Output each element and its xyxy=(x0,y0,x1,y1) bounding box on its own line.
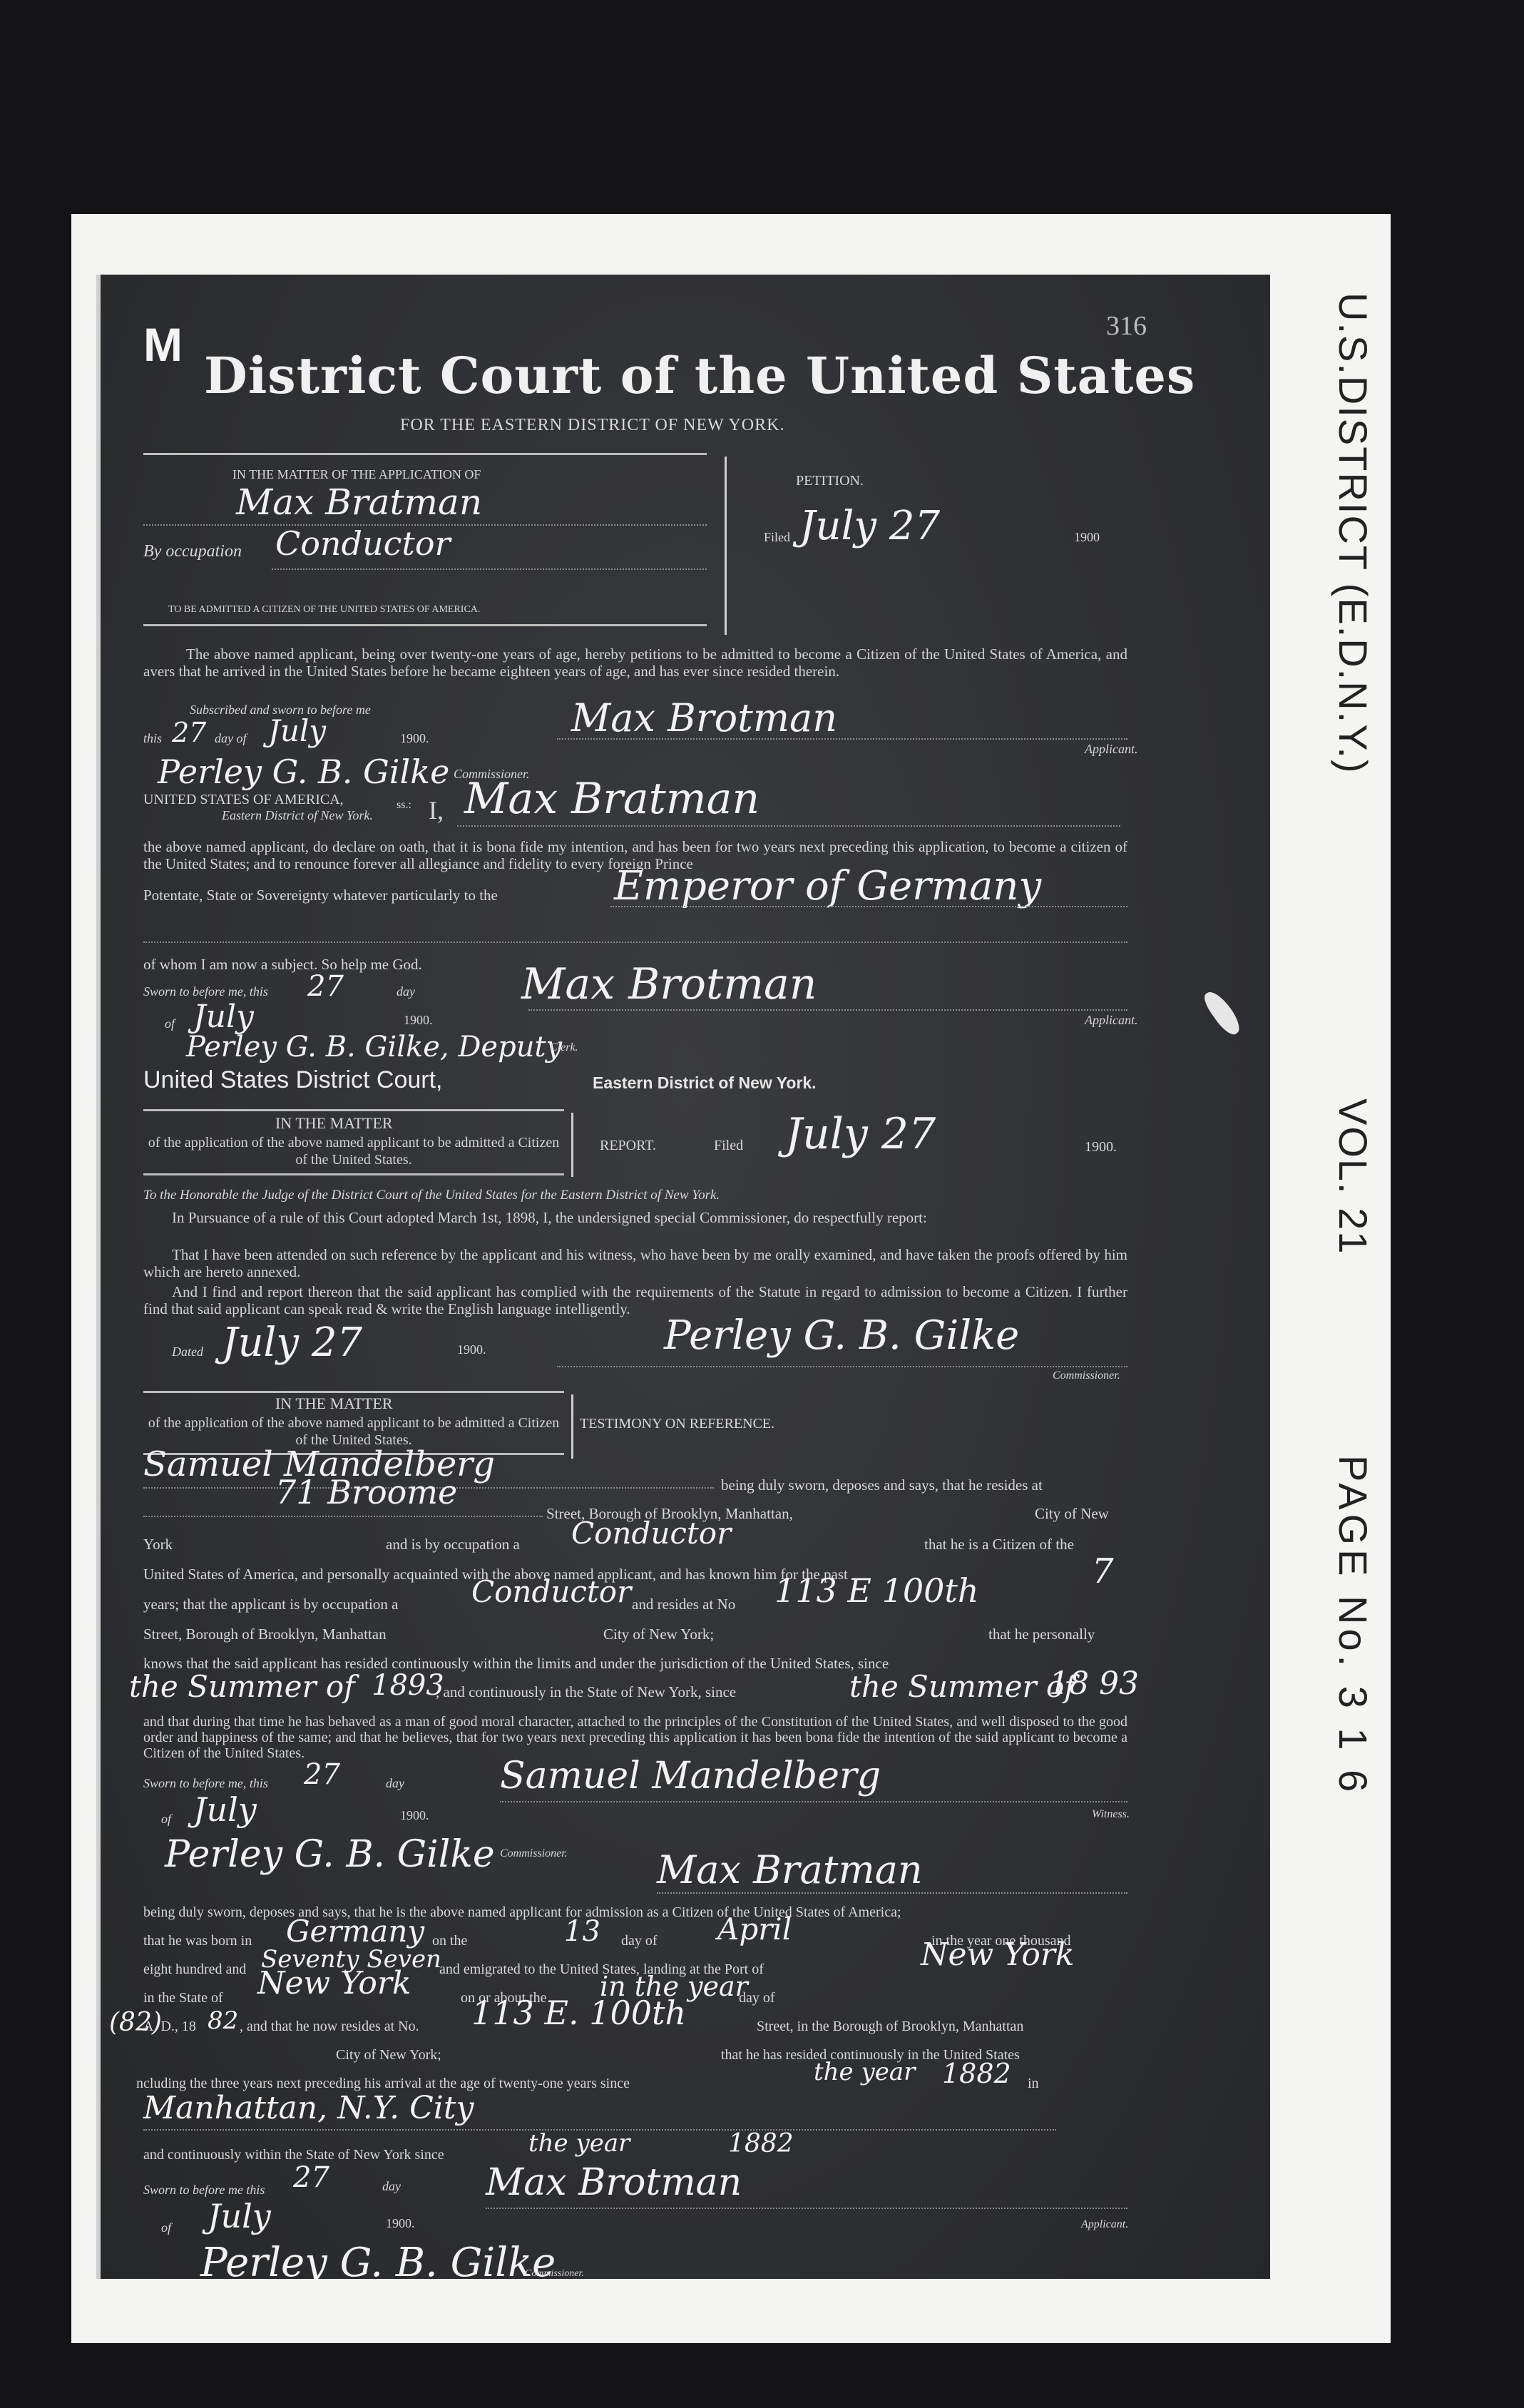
testimony-day: 27 xyxy=(304,1758,340,1791)
testimony-line-5-mid: and resides at No xyxy=(632,1596,735,1613)
petition-month: July xyxy=(268,713,326,748)
witness-occupation: Conductor xyxy=(571,1516,731,1551)
testimony-line-5: years; that the applicant is by occupati… xyxy=(143,1596,398,1613)
testimony-matter-title: IN THE MATTER xyxy=(275,1394,393,1413)
since-us: the Summer of xyxy=(129,1669,355,1704)
report-matter-title: IN THE MATTER xyxy=(275,1114,393,1133)
applicant-signature: Max Brotman xyxy=(571,695,837,740)
report-commissioner-label: Commissioner. xyxy=(1053,1369,1120,1382)
sovereign-label: Potentate, State or Sovereignty whatever… xyxy=(143,887,498,904)
testimony-applicant-occupation: Conductor xyxy=(471,1574,631,1609)
in-label: in xyxy=(1028,2076,1039,2092)
sworn-label: Sworn to before me this xyxy=(143,2183,265,2198)
subject-line: of whom I am now a subject. So help me G… xyxy=(143,956,422,974)
of-label: of xyxy=(161,2220,171,2235)
report-commissioner-signature: Perley G. B. Gilke xyxy=(664,1312,1019,1359)
witness-label: Witness. xyxy=(1092,1808,1130,1821)
affidavit-day: 27 xyxy=(293,2161,329,2194)
street-borough-label: Street, in the Borough of Brooklyn, Manh… xyxy=(757,2019,1023,2035)
report-court-line: United States District Court, xyxy=(143,1066,442,1094)
ss-label: ss.: xyxy=(397,799,411,812)
birthplace: Germany xyxy=(286,1914,424,1949)
affidavit-address: 113 E. 100th xyxy=(471,1994,686,2032)
born-label: that he was born in xyxy=(143,1933,252,1949)
divider xyxy=(610,906,1127,907)
testimony-line-6-mid: City of New York; xyxy=(603,1626,714,1643)
testimony-commissioner-label: Commissioner. xyxy=(500,1847,568,1860)
of-label: of xyxy=(161,1812,171,1827)
testimony-line-6-tail: that he personally xyxy=(988,1626,1095,1643)
bracket xyxy=(571,1394,573,1459)
divider xyxy=(143,1516,543,1517)
port: New York xyxy=(921,1937,1075,1973)
paper-damage xyxy=(1200,987,1244,1039)
commissioner-signature: Perley G. B. Gilke xyxy=(158,752,449,791)
occupation-label: By occupation xyxy=(143,542,242,561)
page-margin-label: PAGE No. 3 1 6 xyxy=(1330,1455,1376,1796)
oath-month: July xyxy=(193,999,254,1035)
state-label: in the State of xyxy=(143,1990,223,2006)
applicant-name: Max Bratman xyxy=(236,481,482,523)
venue-line: UNITED STATES OF AMERICA, xyxy=(143,792,344,808)
since-text: the year xyxy=(814,2058,915,2086)
oath-applicant-signature: Max Brotman xyxy=(521,959,817,1009)
day-label: day xyxy=(386,1776,404,1791)
since-ny: the Summer of xyxy=(849,1669,1075,1704)
sworn-label: Sworn to before me, this xyxy=(143,1776,268,1791)
divider xyxy=(143,1391,564,1393)
report-year: 1900. xyxy=(457,1342,486,1357)
since-year: 1882 xyxy=(942,2058,1011,2089)
court-margin-label: U.S.DISTRICT (E.D.N.Y.) xyxy=(1330,292,1376,775)
day-label: day xyxy=(382,2179,401,2194)
signature-line xyxy=(486,2208,1127,2209)
divider xyxy=(457,825,1120,827)
bracket xyxy=(725,456,727,635)
report-dated-value: July 27 xyxy=(222,1320,362,1366)
testimony-heading: TESTIMONY ON REFERENCE. xyxy=(580,1416,774,1432)
admit-label: TO BE ADMITTED A CITIZEN OF THE UNITED S… xyxy=(168,604,480,616)
petition-year: 1900. xyxy=(400,731,429,746)
affidavit-applicant-signature: Max Brotman xyxy=(486,2161,742,2204)
deponent-name: Max Bratman xyxy=(657,1847,923,1892)
affidavit-applicant-label: Applicant. xyxy=(1081,2218,1128,2231)
report-heading: REPORT. xyxy=(600,1138,656,1154)
venue-district: Eastern District of New York. xyxy=(222,808,373,823)
testimony-matter-body: of the application of the above named ap… xyxy=(143,1414,564,1449)
birth-month: April xyxy=(717,1912,792,1947)
since-ny-year: 18 93 xyxy=(1049,1665,1139,1702)
of-label: of xyxy=(165,1016,175,1031)
signature-line xyxy=(500,1801,1127,1802)
document-subtitle: FOR THE EASTERN DISTRICT OF NEW YORK. xyxy=(400,416,784,435)
divider xyxy=(657,1892,1127,1894)
ny-since-year: 1882 xyxy=(728,2129,794,2158)
bracket xyxy=(571,1113,573,1177)
file-letter: M xyxy=(143,317,183,372)
applicant-label: Applicant. xyxy=(1085,1013,1138,1028)
state: New York xyxy=(257,1965,411,2001)
petition-heading: PETITION. xyxy=(796,473,864,489)
testimony-commissioner-signature: Perley G. B. Gilke xyxy=(165,1833,495,1876)
ad-label: A. D., 18 xyxy=(143,2019,196,2035)
signature-line xyxy=(557,1366,1127,1367)
birth-day: 13 xyxy=(564,1915,600,1948)
testimony-line-1: being duly sworn, deposes and says, that… xyxy=(721,1476,1043,1494)
witness-signature: Samuel Mandelberg xyxy=(500,1755,881,1797)
divider xyxy=(143,624,707,626)
matter-label: IN THE MATTER OF THE APPLICATION OF xyxy=(232,467,481,482)
ny-since-text: the year xyxy=(528,2129,630,2158)
petition-body: The above named applicant, being over tw… xyxy=(143,646,1127,680)
petition-day: 27 xyxy=(172,717,206,748)
clerk-label: Clerk. xyxy=(550,1041,578,1054)
affidavit-commissioner-label: Commissioner. xyxy=(525,2268,584,2280)
since-us-year: 1893 xyxy=(372,1669,444,1702)
years-known: 7 xyxy=(1092,1551,1114,1591)
applicant-occupation: Conductor xyxy=(275,524,451,563)
affidavit-year: 1900. xyxy=(386,2216,415,2231)
residence-place: Manhattan, N.Y. City xyxy=(143,2090,474,2126)
testimony-line-6: Street, Borough of Brooklyn, Manhattan xyxy=(143,1626,387,1643)
document-title: District Court of the United States xyxy=(204,346,1195,405)
report-filed-year: 1900. xyxy=(1085,1139,1117,1155)
this-label: this xyxy=(143,731,162,746)
affidavit-commissioner-signature: Perley G. B. Gilke xyxy=(200,2240,556,2286)
testimony-line-3: and is by occupation a xyxy=(386,1536,520,1554)
witness-street: 71 Broome xyxy=(275,1473,457,1511)
petition-filed-label: Filed xyxy=(764,530,790,545)
city-label: City of New York; xyxy=(336,2047,441,2063)
petition-filed-date: July 27 xyxy=(799,503,940,549)
divider xyxy=(143,1173,564,1175)
report-filed-date: July 27 xyxy=(785,1109,936,1159)
day-of-label: day of xyxy=(215,731,247,746)
signature-line xyxy=(528,1009,1127,1011)
affidavit-month: July xyxy=(208,2197,271,2235)
page-number: 316 xyxy=(1106,310,1147,342)
now-resides-label: , and that he now resides at No. xyxy=(240,2019,419,2035)
i-label: I, xyxy=(429,795,444,825)
sworn-label: Sworn to before me, this xyxy=(143,984,268,999)
day-of-label: day of xyxy=(621,1933,658,1949)
report-address: To the Honorable the Judge of the Distri… xyxy=(143,1188,720,1203)
testimony-line-3-tail: that he is a Citizen of the xyxy=(924,1536,1074,1554)
divider xyxy=(143,453,707,455)
oath-year: 1900. xyxy=(404,1013,433,1028)
testimony-line-3-head: York xyxy=(143,1536,173,1554)
testimony-month: July xyxy=(193,1790,257,1829)
testimony-applicant-address: 113 E 100th xyxy=(774,1571,979,1610)
divider xyxy=(143,1109,564,1111)
petition-filed-year: 1900 xyxy=(1074,530,1100,545)
divider xyxy=(272,568,707,570)
arrival-year: 82 xyxy=(208,2006,238,2035)
divider xyxy=(143,942,1127,943)
naturalization-document: M 316 District Court of the United State… xyxy=(96,275,1270,2279)
day-of-label: day of xyxy=(739,1990,775,2006)
report-district-line: Eastern District of New York. xyxy=(593,1073,817,1093)
day-label: day xyxy=(397,984,415,999)
report-para-1: In Pursuance of a rule of this Court ado… xyxy=(143,1209,1127,1226)
clerk-signature: Perley G. B. Gilke, Deputy xyxy=(186,1031,562,1063)
report-filed-label: Filed xyxy=(714,1138,743,1154)
declarant-name: Max Bratman xyxy=(464,774,760,824)
applicant-label: Applicant. xyxy=(1085,742,1138,757)
eight-hundred-label: eight hundred and xyxy=(143,1961,246,1978)
volume-margin-label: VOL. 21 xyxy=(1330,1098,1376,1255)
signature-line xyxy=(557,738,1127,740)
oath-day: 27 xyxy=(307,970,344,1003)
dated-label: Dated xyxy=(172,1345,203,1359)
sovereign-name: Emperor of Germany xyxy=(614,863,1041,909)
testimony-line-2-tail: City of New xyxy=(1035,1505,1109,1523)
report-matter-body: of the application of the above named ap… xyxy=(143,1134,564,1168)
report-para-2: That I have been attended on such refere… xyxy=(143,1246,1127,1280)
testimony-year: 1900. xyxy=(400,1808,429,1823)
testimony-line-8: , and continuously in the State of New Y… xyxy=(436,1683,736,1701)
